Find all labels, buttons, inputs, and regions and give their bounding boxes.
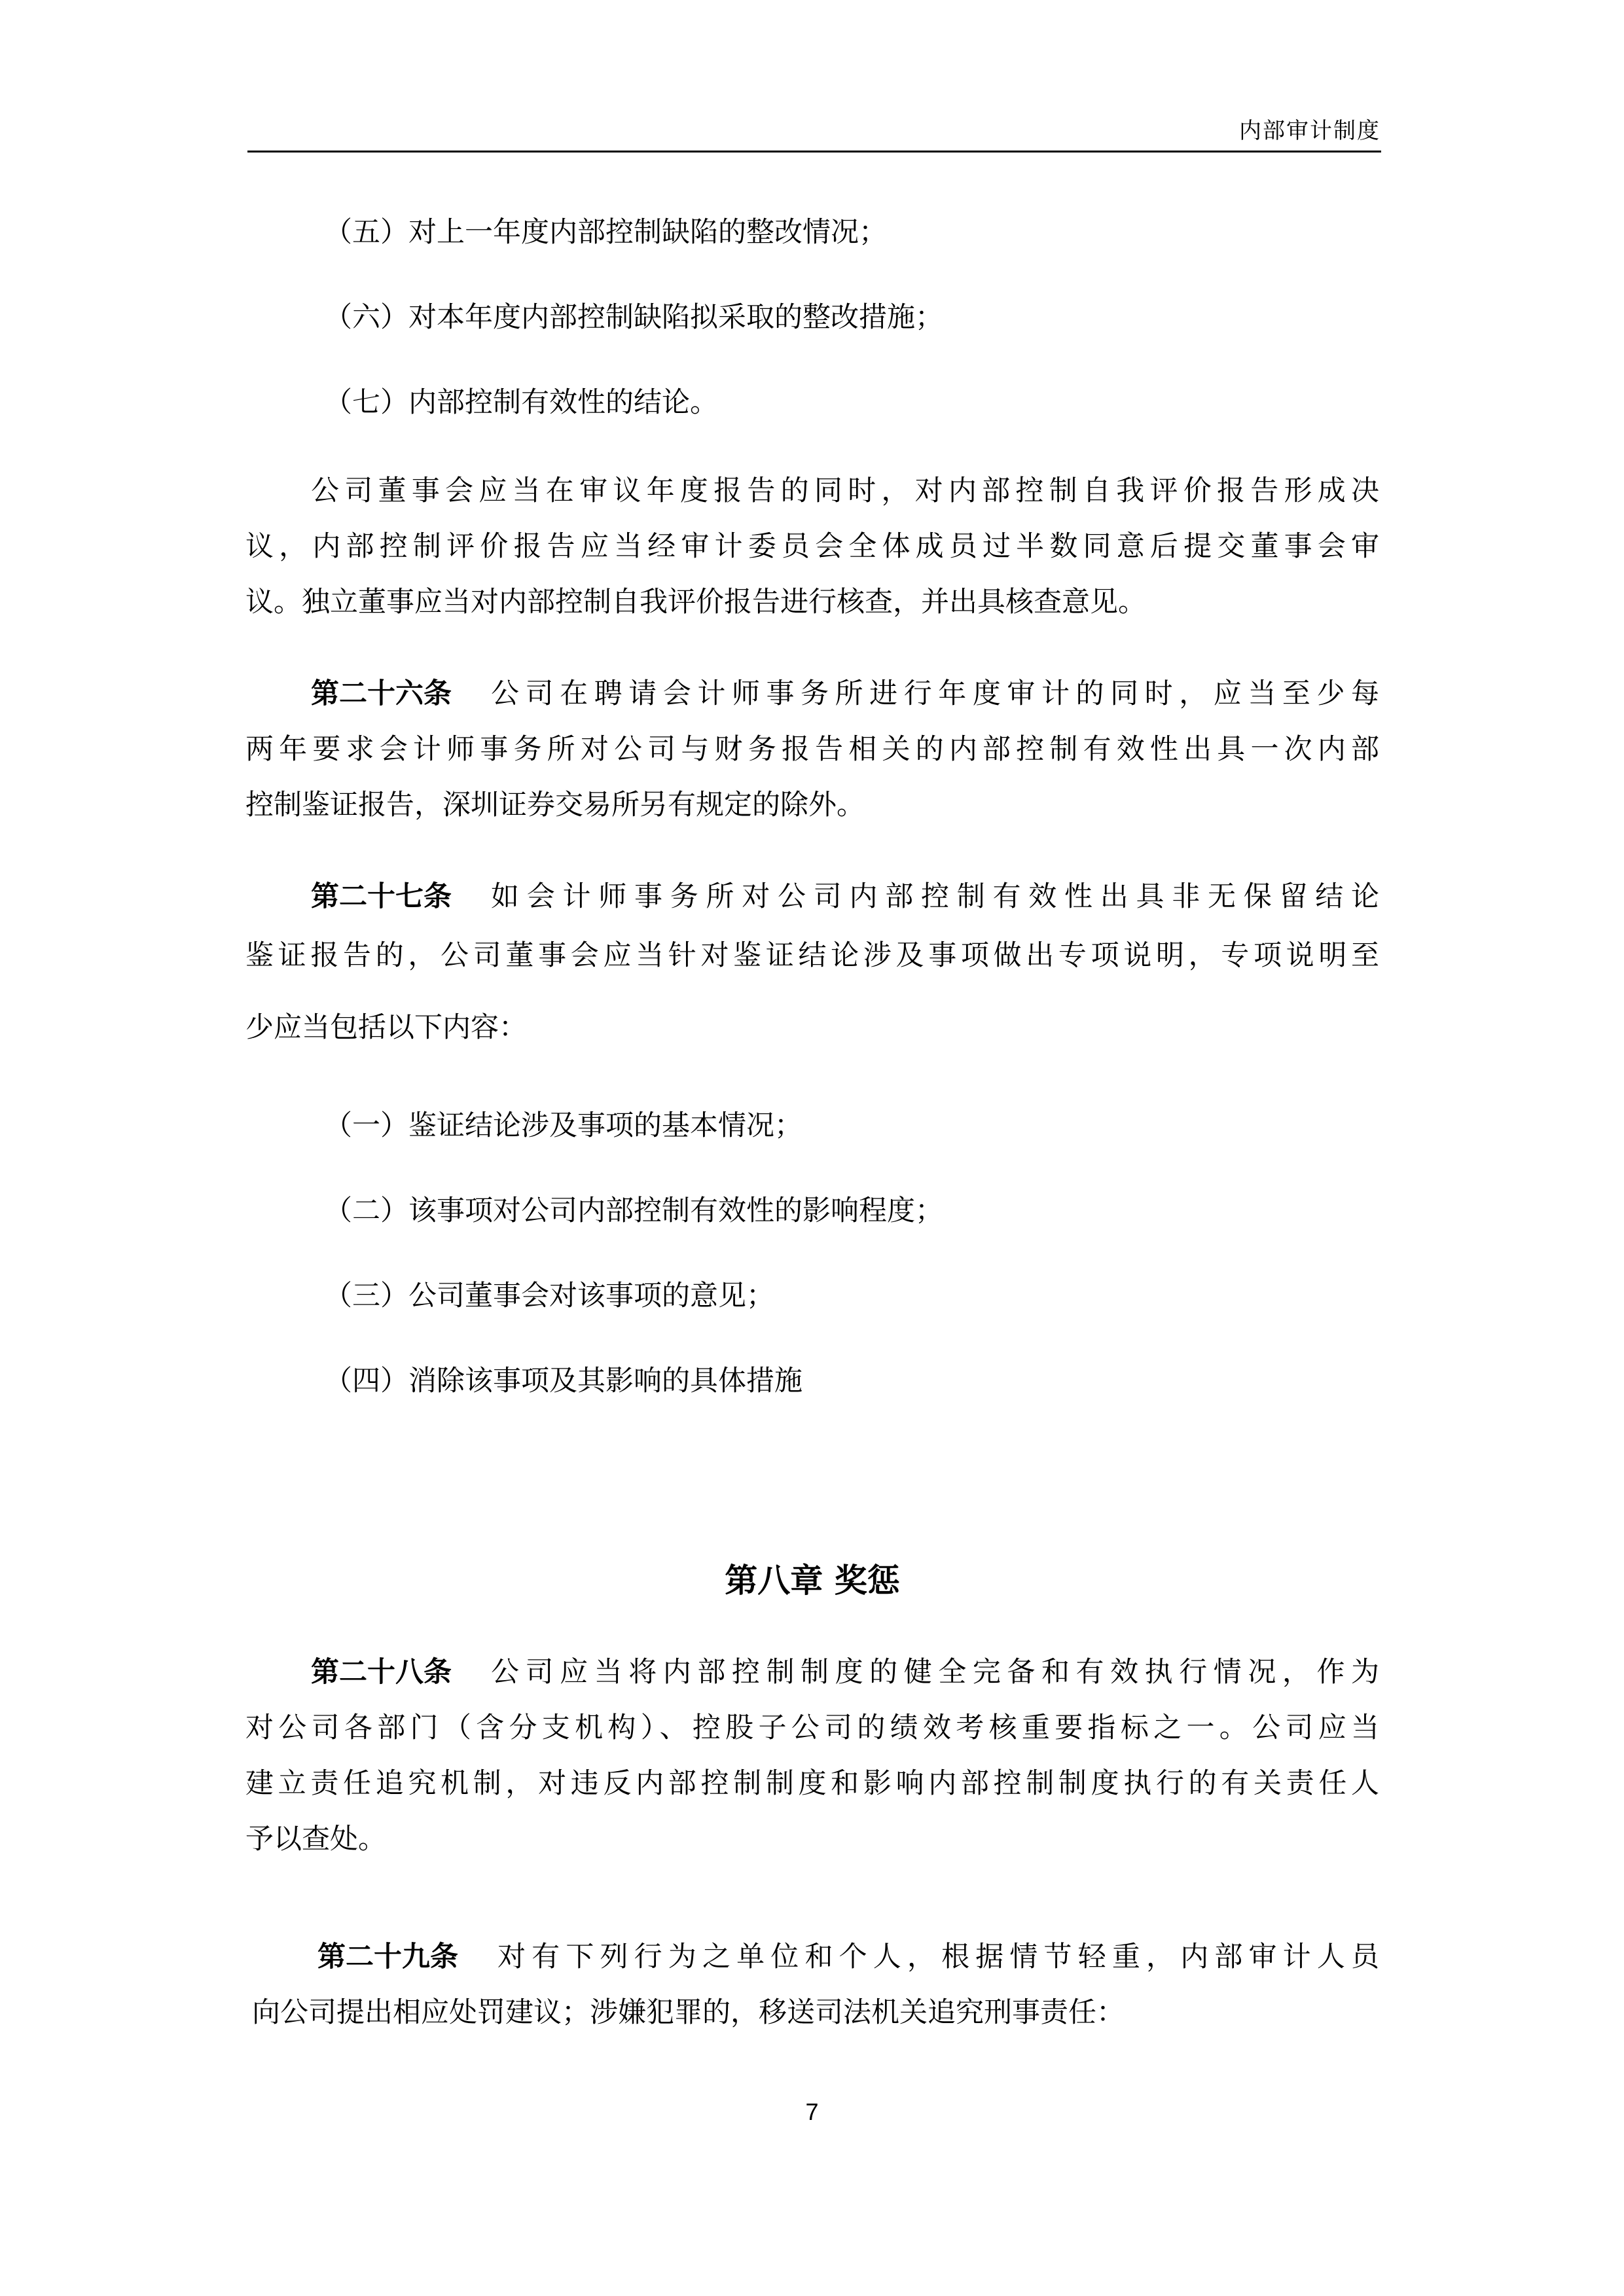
paragraph-line: 议，内部控制评价报告应当经审计委员会全体成员过半数同意后提交董事会审 — [245, 527, 1379, 566]
list-item: （六）对本年度内部控制缺陷拟采取的整改措施； — [324, 298, 943, 337]
list-item: （五）对上一年度内部控制缺陷的整改情况； — [324, 213, 887, 252]
paragraph-line: 公司董事会应当在审议年度报告的同时，对内部控制自我评价报告形成决 — [311, 471, 1379, 511]
paragraph-line: 对有下列行为之单位和个人，根据情节轻重，内部审计人员 — [497, 1937, 1379, 1977]
header-rule — [247, 151, 1381, 152]
page-number: 7 — [0, 2098, 1624, 2126]
paragraph-line: 公司应当将内部控制制度的健全完备和有效执行情况，作为 — [491, 1653, 1379, 1692]
paragraph-line: 两年要求会计师事务所对公司与财务报告相关的内部控制有效性出具一次内部 — [245, 730, 1379, 769]
paragraph-line: 控制鉴证报告，深圳证券交易所另有规定的除外。 — [245, 785, 1379, 825]
list-item: （四）消除该事项及其影响的具体措施 — [324, 1361, 803, 1401]
article-first-line: 第二十八条 公司应当将内部控制制度的健全完备和有效执行情况，作为 — [311, 1653, 1379, 1692]
list-item: （二）该事项对公司内部控制有效性的影响程度； — [324, 1191, 943, 1230]
paragraph-line: 少应当包括以下内容： — [245, 1008, 1379, 1047]
paragraph-line: 向公司提出相应处罚建议；涉嫌犯罪的，移送司法机关追究刑事责任： — [252, 1993, 1386, 2032]
paragraph-line: 鉴证报告的，公司董事会应当针对鉴证结论涉及事项做出专项说明，专项说明至 — [245, 936, 1379, 975]
article-first-line: 第二十六条 公司在聘请会计师事务所进行年度审计的同时，应当至少每 — [311, 674, 1379, 713]
article-number: 第二十九条 — [317, 1937, 458, 1977]
paragraph-line: 建立责任追究机制，对违反内部控制制度和影响内部控制制度执行的有关责任人 — [245, 1764, 1379, 1803]
article-number: 第二十八条 — [311, 1653, 452, 1692]
paragraph-line: 议。独立董事应当对内部控制自我评价报告进行核查，并出具核查意见。 — [245, 583, 1379, 622]
article-number: 第二十七条 — [311, 877, 452, 916]
list-item: （三）公司董事会对该事项的意见； — [324, 1276, 774, 1316]
list-item: （一）鉴证结论涉及事项的基本情况； — [324, 1106, 803, 1145]
chapter-heading: 第八章 奖惩 — [245, 1554, 1379, 1602]
paragraph-line: 如会计师事务所对公司内部控制有效性出具非无保留结论 — [491, 877, 1379, 916]
paragraph-line: 对公司各部门（含分支机构）、控股子公司的绩效考核重要指标之一。公司应当 — [245, 1708, 1379, 1748]
article-first-line: 第二十九条 对有下列行为之单位和个人，根据情节轻重，内部审计人员 — [317, 1937, 1379, 1977]
article-number: 第二十六条 — [311, 674, 452, 713]
list-item: （七）内部控制有效性的结论。 — [324, 383, 718, 422]
paragraph-line: 公司在聘请会计师事务所进行年度审计的同时，应当至少每 — [491, 674, 1379, 713]
header-title: 内部审计制度 — [1239, 113, 1380, 145]
paragraph-line: 予以查处。 — [245, 1820, 1379, 1859]
article-first-line: 第二十七条 如会计师事务所对公司内部控制有效性出具非无保留结论 — [311, 877, 1379, 916]
